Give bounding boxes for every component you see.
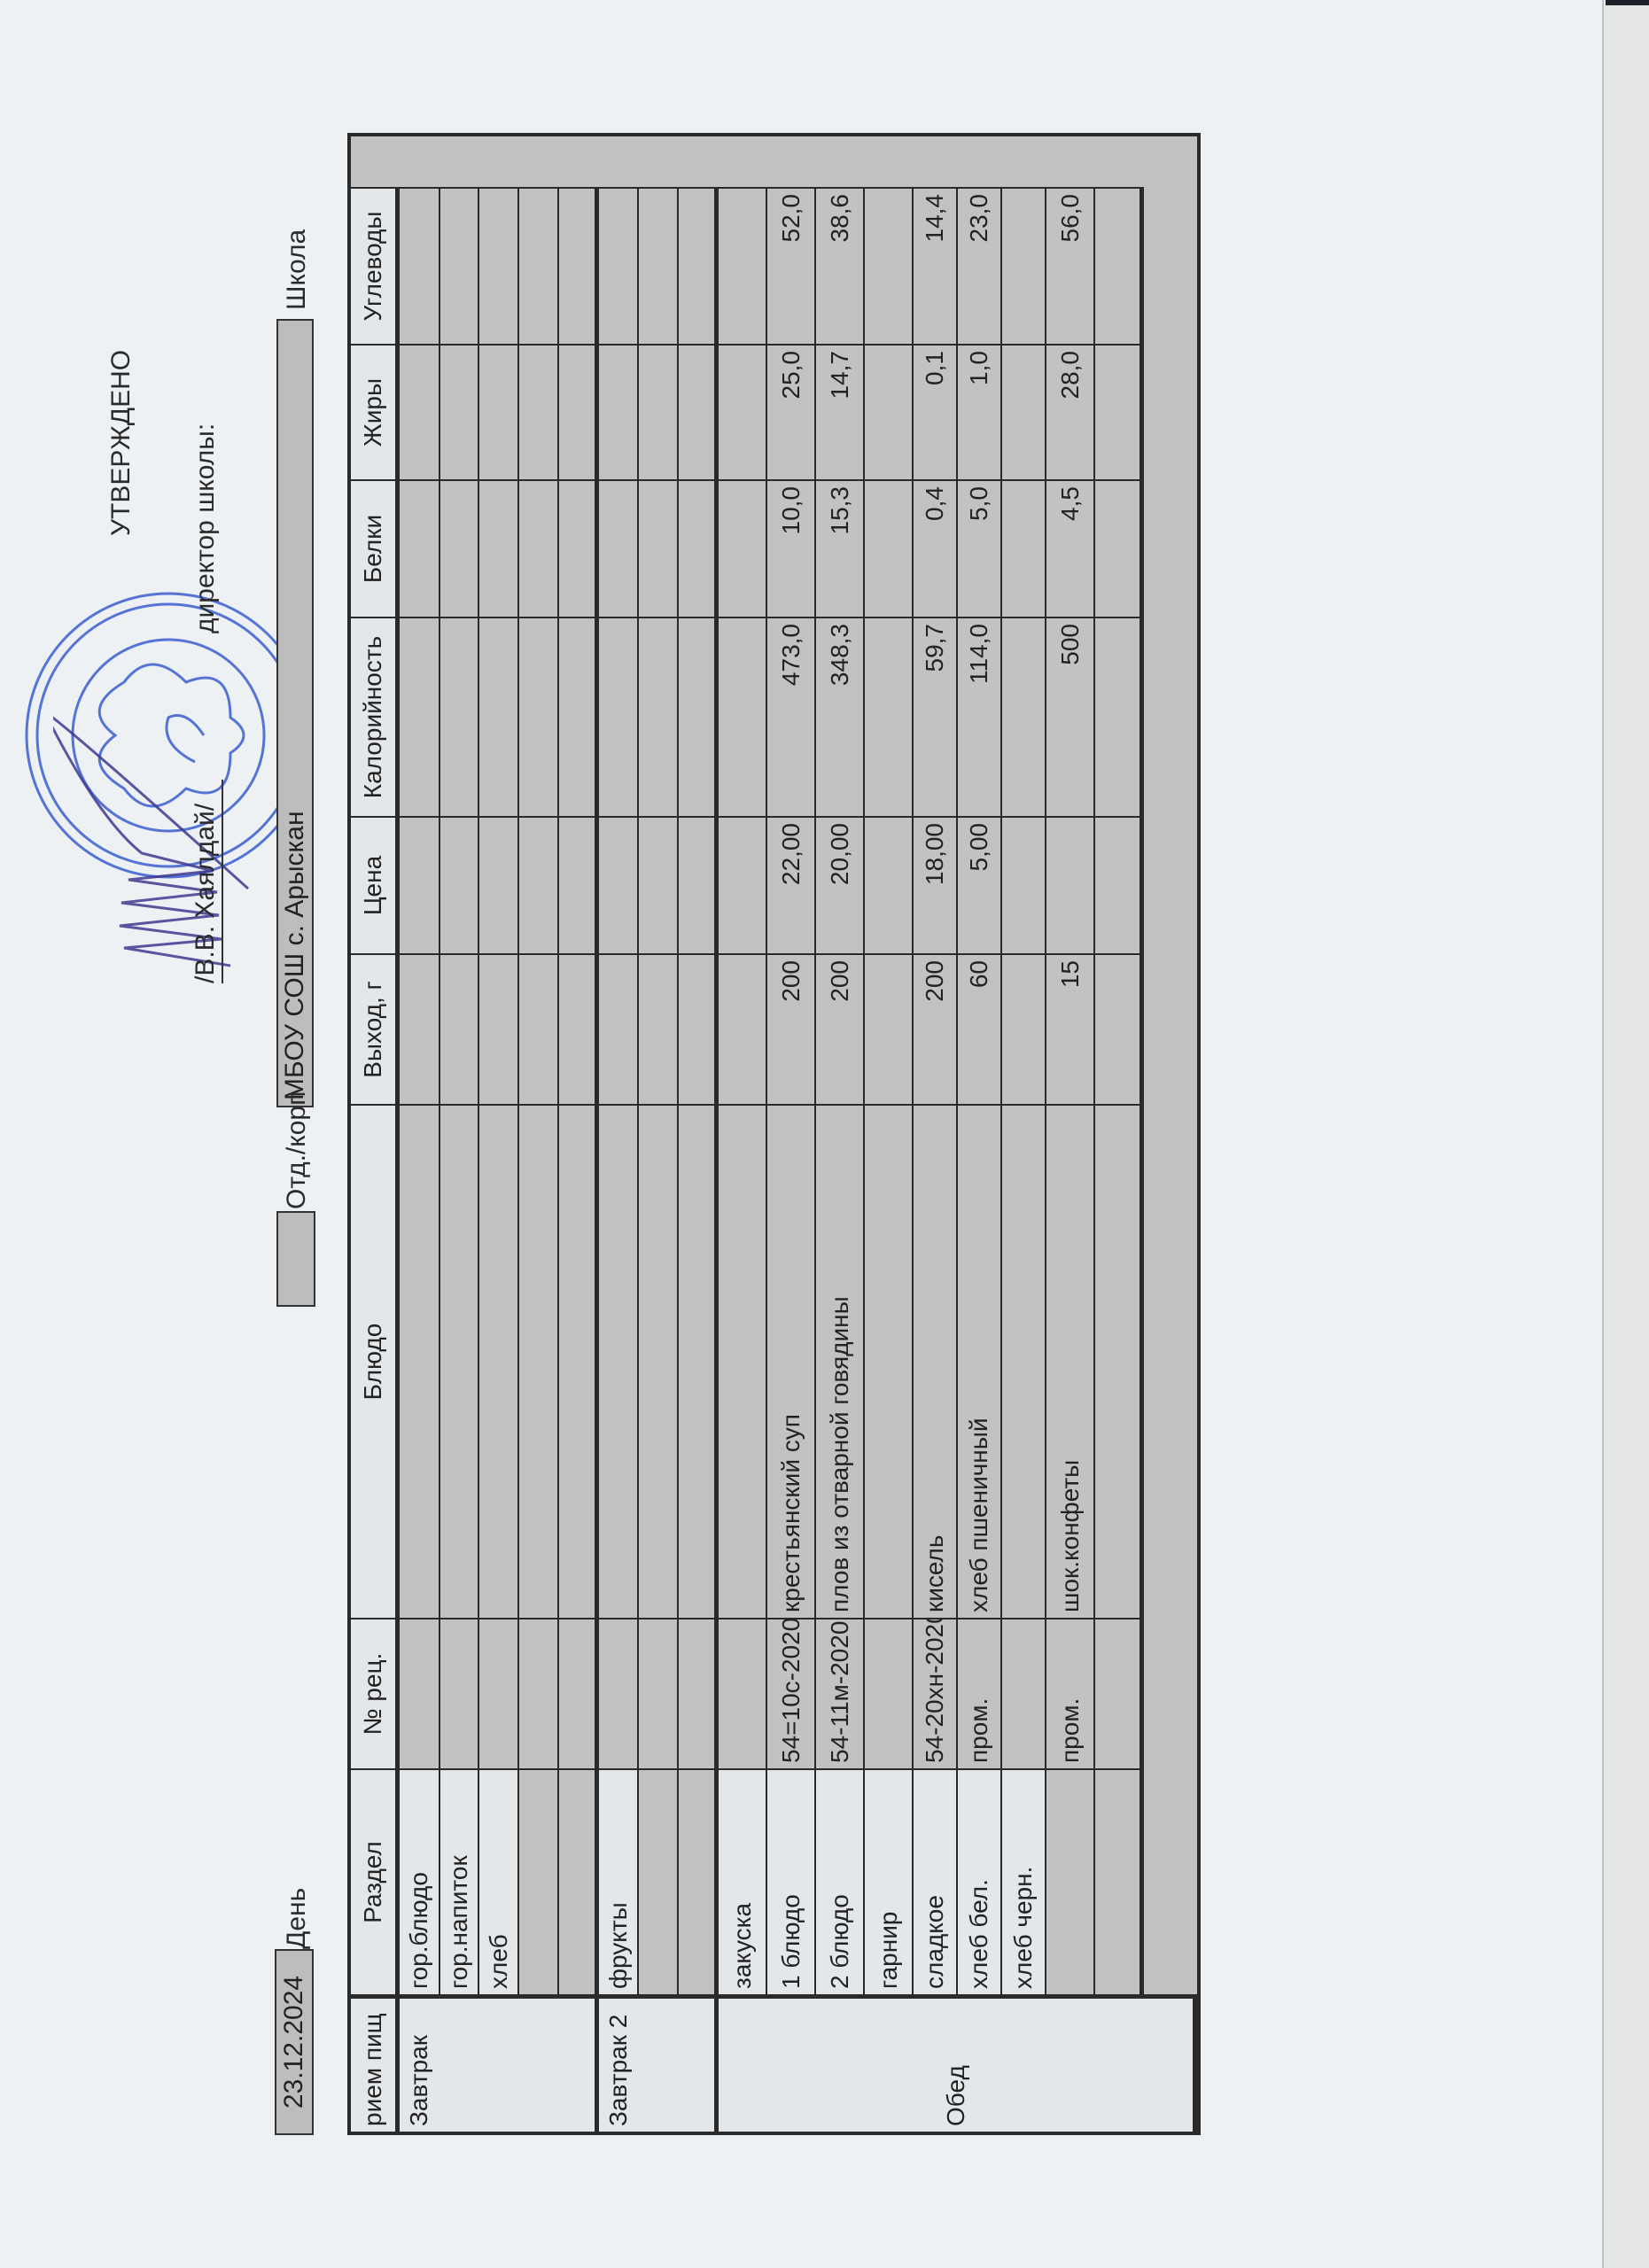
table-cell: гарнир	[865, 1768, 914, 1994]
table-cell	[599, 1104, 639, 1618]
table-cell	[865, 1104, 914, 1618]
table-cell	[865, 344, 914, 479]
table-cell	[865, 617, 914, 816]
table-cell	[519, 479, 559, 617]
table-cell	[719, 953, 767, 1104]
column-header: № рец.	[351, 1618, 400, 1768]
table-cell	[1002, 953, 1046, 1104]
table-cell: крестьянский суп	[767, 1104, 816, 1618]
table-cell	[639, 1768, 679, 1994]
table-cell: 200	[767, 953, 816, 1104]
table-cell	[599, 187, 639, 344]
signature-icon	[53, 691, 275, 983]
table-cell	[719, 816, 767, 953]
table-cell	[679, 1618, 719, 1768]
table-cell: 10,0	[767, 479, 816, 617]
table-cell	[1095, 1104, 1144, 1618]
table-cell	[679, 816, 719, 953]
table-cell	[719, 187, 767, 344]
table-cell	[599, 344, 639, 479]
meal-cell: Обед	[719, 1994, 1197, 2132]
table-cell	[1095, 953, 1144, 1104]
table-cell	[479, 617, 519, 816]
table-cell	[1095, 479, 1144, 617]
table-cell	[440, 187, 479, 344]
director-name: /В.В. Хаялдай/	[191, 804, 221, 983]
column-header: Раздел	[351, 1768, 400, 1994]
table-cell	[519, 187, 559, 344]
table-cell	[400, 953, 440, 1104]
table-cell	[519, 1104, 559, 1618]
table-cell	[440, 344, 479, 479]
table-cell: 54-20хн-2020	[914, 1618, 958, 1768]
meal-cell: Завтрак 2	[599, 1994, 719, 2132]
table-cell	[1095, 1618, 1144, 1768]
table-cell	[400, 1618, 440, 1768]
table-cell	[599, 617, 639, 816]
table-cell: 14,7	[816, 344, 865, 479]
column-header: Цена	[351, 816, 400, 953]
table-cell: шок.конфеты	[1046, 1104, 1095, 1618]
table-cell: хлеб черн.	[1002, 1768, 1046, 1994]
day-label: День	[282, 1888, 312, 1949]
table-cell	[599, 1618, 639, 1768]
table-cell	[400, 479, 440, 617]
table-cell: 38,6	[816, 187, 865, 344]
table-cell: 54=10с-2020	[767, 1618, 816, 1768]
table-cell	[400, 816, 440, 953]
table-cell: хлеб	[479, 1768, 519, 1994]
table-cell	[865, 479, 914, 617]
table-cell	[639, 816, 679, 953]
table-cell	[1002, 344, 1046, 479]
table-cell: хлеб пшеничный	[958, 1104, 1002, 1618]
director-label: директор школы:	[191, 423, 221, 633]
table-cell: 500	[1046, 617, 1095, 816]
table-cell	[719, 1104, 767, 1618]
table-cell	[559, 1104, 599, 1618]
table-cell: 14,4	[914, 187, 958, 344]
table-cell	[559, 187, 599, 344]
table-cell	[559, 479, 599, 617]
table-cell: 2 блюдо	[816, 1768, 865, 1994]
table-cell: 4,5	[1046, 479, 1095, 617]
table-cell: 0,4	[914, 479, 958, 617]
table-cell	[440, 816, 479, 953]
table-cell: гор.блюдо	[400, 1768, 440, 1994]
table-cell	[559, 953, 599, 1104]
table-cell	[719, 479, 767, 617]
table-cell	[1095, 617, 1144, 816]
table-cell: 56,0	[1046, 187, 1095, 344]
table-cell: 18,00	[914, 816, 958, 953]
table-cell: 5,0	[958, 479, 1002, 617]
table-cell	[440, 1618, 479, 1768]
table-cell: пром.	[958, 1618, 1002, 1768]
table-cell	[440, 479, 479, 617]
table-cell: пром.	[1046, 1618, 1095, 1768]
table-cell	[519, 1768, 559, 1994]
column-header: Углеводы	[351, 187, 400, 344]
table-cell	[400, 617, 440, 816]
menu-table: рием пищРаздел№ рец.БлюдоВыход, гЦенаКал…	[347, 133, 1201, 2135]
table-cell	[679, 344, 719, 479]
table-cell: 200	[816, 953, 865, 1104]
table-cell: 54-11м-2020	[816, 1618, 865, 1768]
table-cell	[479, 953, 519, 1104]
table-cell	[440, 1104, 479, 1618]
table-cell: сладкое	[914, 1768, 958, 1994]
table-cell: 200	[914, 953, 958, 1104]
table-cell	[479, 344, 519, 479]
table-cell	[559, 1618, 599, 1768]
table-cell	[440, 617, 479, 816]
table-cell: плов из отварной говядины	[816, 1104, 865, 1618]
table-cell: фрукты	[599, 1768, 639, 1994]
table-cell	[440, 953, 479, 1104]
table-cell	[479, 1104, 519, 1618]
table-cell	[1046, 1768, 1095, 1994]
table-cell	[559, 816, 599, 953]
table-cell	[479, 1618, 519, 1768]
table-cell	[599, 953, 639, 1104]
table-cell: 348,3	[816, 617, 865, 816]
table-cell	[519, 816, 559, 953]
column-header: Калорийность	[351, 617, 400, 816]
table-cell: 114,0	[958, 617, 1002, 816]
table-cell	[1002, 1104, 1046, 1618]
table-cell	[479, 479, 519, 617]
table-cell: хлеб бел.	[958, 1768, 1002, 1994]
table-cell	[519, 344, 559, 479]
table-cell: 60	[958, 953, 1002, 1104]
table-cell	[639, 953, 679, 1104]
table-cell	[719, 344, 767, 479]
table-cell	[1002, 187, 1046, 344]
table-cell	[1095, 1768, 1144, 1994]
table-cell	[865, 1618, 914, 1768]
column-header: Белки	[351, 479, 400, 617]
table-cell: 1,0	[958, 344, 1002, 479]
department-field	[276, 1211, 315, 1307]
table-cell: 28,0	[1046, 344, 1095, 479]
table-cell	[719, 1618, 767, 1768]
table-cell: 52,0	[767, 187, 816, 344]
table-cell	[1002, 816, 1046, 953]
table-cell	[865, 953, 914, 1104]
table-cell	[1095, 344, 1144, 479]
table-cell: 23,0	[958, 187, 1002, 344]
table-cell: 15	[1046, 953, 1095, 1104]
table-cell: 59,7	[914, 617, 958, 816]
column-header: Жиры	[351, 344, 400, 479]
table-cell	[1095, 816, 1144, 953]
signature-line	[222, 780, 223, 983]
table-cell	[639, 187, 679, 344]
rotated-document: УТВЕРЖДЕНО директор школы: /В.В. Хаялдай…	[0, 0, 1649, 2268]
school-label: Школа	[282, 229, 312, 310]
table-cell	[1002, 1618, 1046, 1768]
school-field: МБОУ СОШ с. Арыскан	[276, 319, 314, 1107]
table-cell	[400, 1104, 440, 1618]
table-cell	[400, 344, 440, 479]
meal-cell: Завтрак	[400, 1994, 599, 2132]
table-cell	[639, 1104, 679, 1618]
table-cell	[679, 1768, 719, 1994]
table-cell	[639, 479, 679, 617]
approved-label: УТВЕРЖДЕНО	[106, 350, 136, 536]
table-cell	[559, 617, 599, 816]
table-cell	[679, 187, 719, 344]
table-cell	[679, 1104, 719, 1618]
table-cell	[639, 344, 679, 479]
table-cell: 0,1	[914, 344, 958, 479]
table-cell: 25,0	[767, 344, 816, 479]
table-cell: гор.напиток	[440, 1768, 479, 1994]
table-cell	[639, 617, 679, 816]
department-label: Отд./корп	[282, 1091, 312, 1209]
table-cell	[1002, 617, 1046, 816]
table-cell	[1046, 816, 1095, 953]
table-cell	[519, 617, 559, 816]
table-cell: кисель	[914, 1104, 958, 1618]
table-cell	[519, 953, 559, 1104]
table-cell: 1 блюдо	[767, 1768, 816, 1994]
table-cell: 20,00	[816, 816, 865, 953]
table-cell	[865, 816, 914, 953]
column-header: рием пищ	[351, 1994, 400, 2132]
table-cell	[719, 617, 767, 816]
table-cell	[519, 1618, 559, 1768]
table-cell	[865, 187, 914, 344]
table-cell	[559, 1768, 599, 1994]
table-cell	[639, 1618, 679, 1768]
column-header: Выход, г	[351, 953, 400, 1104]
table-cell	[679, 479, 719, 617]
day-field: 23.12.2024	[275, 1949, 314, 2135]
table-cell	[479, 187, 519, 344]
table-cell	[1095, 187, 1144, 344]
table-cell	[679, 617, 719, 816]
table-cell	[479, 816, 519, 953]
table-cell: 22,00	[767, 816, 816, 953]
table-cell	[400, 187, 440, 344]
table-cell: закуска	[719, 1768, 767, 1994]
table-cell	[559, 344, 599, 479]
table-cell: 5,00	[958, 816, 1002, 953]
table-cell: 473,0	[767, 617, 816, 816]
column-header: Блюдо	[351, 1104, 400, 1618]
table-cell	[1002, 479, 1046, 617]
table-cell	[679, 953, 719, 1104]
table-cell	[599, 479, 639, 617]
table-cell	[599, 816, 639, 953]
table-cell: 15,3	[816, 479, 865, 617]
